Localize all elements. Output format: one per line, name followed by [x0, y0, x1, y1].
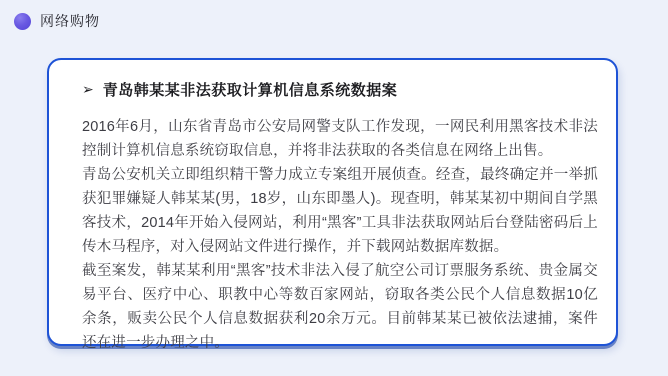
card-title-row: ➢ 青岛韩某某非法获取计算机信息系统数据案	[82, 80, 599, 101]
case-paragraph: 青岛公安机关立即组织精干警力成立专案组开展侦查。经查，最终确定并一举抓获犯罪嫌疑…	[82, 163, 598, 259]
case-paragraph: 截至案发，韩某某利用“黑客”技术非法入侵了航空公司订票服务系统、贵金属交易平台、…	[82, 259, 598, 355]
card-title: 青岛韩某某非法获取计算机信息系统数据案	[103, 81, 398, 101]
arrow-bullet-icon: ➢	[82, 79, 94, 99]
card-body: 2016年6月，山东省青岛市公安局网警支队工作发现，一网民利用黑客技术非法控制计…	[82, 115, 599, 355]
circle-bullet-icon	[14, 13, 31, 30]
slide-section-title: 网络购物	[40, 11, 100, 31]
slide-header: 网络购物	[14, 11, 100, 31]
case-paragraph: 2016年6月，山东省青岛市公安局网警支队工作发现，一网民利用黑客技术非法控制计…	[82, 115, 598, 163]
case-summary-card: ➢ 青岛韩某某非法获取计算机信息系统数据案 2016年6月，山东省青岛市公安局网…	[47, 58, 618, 346]
